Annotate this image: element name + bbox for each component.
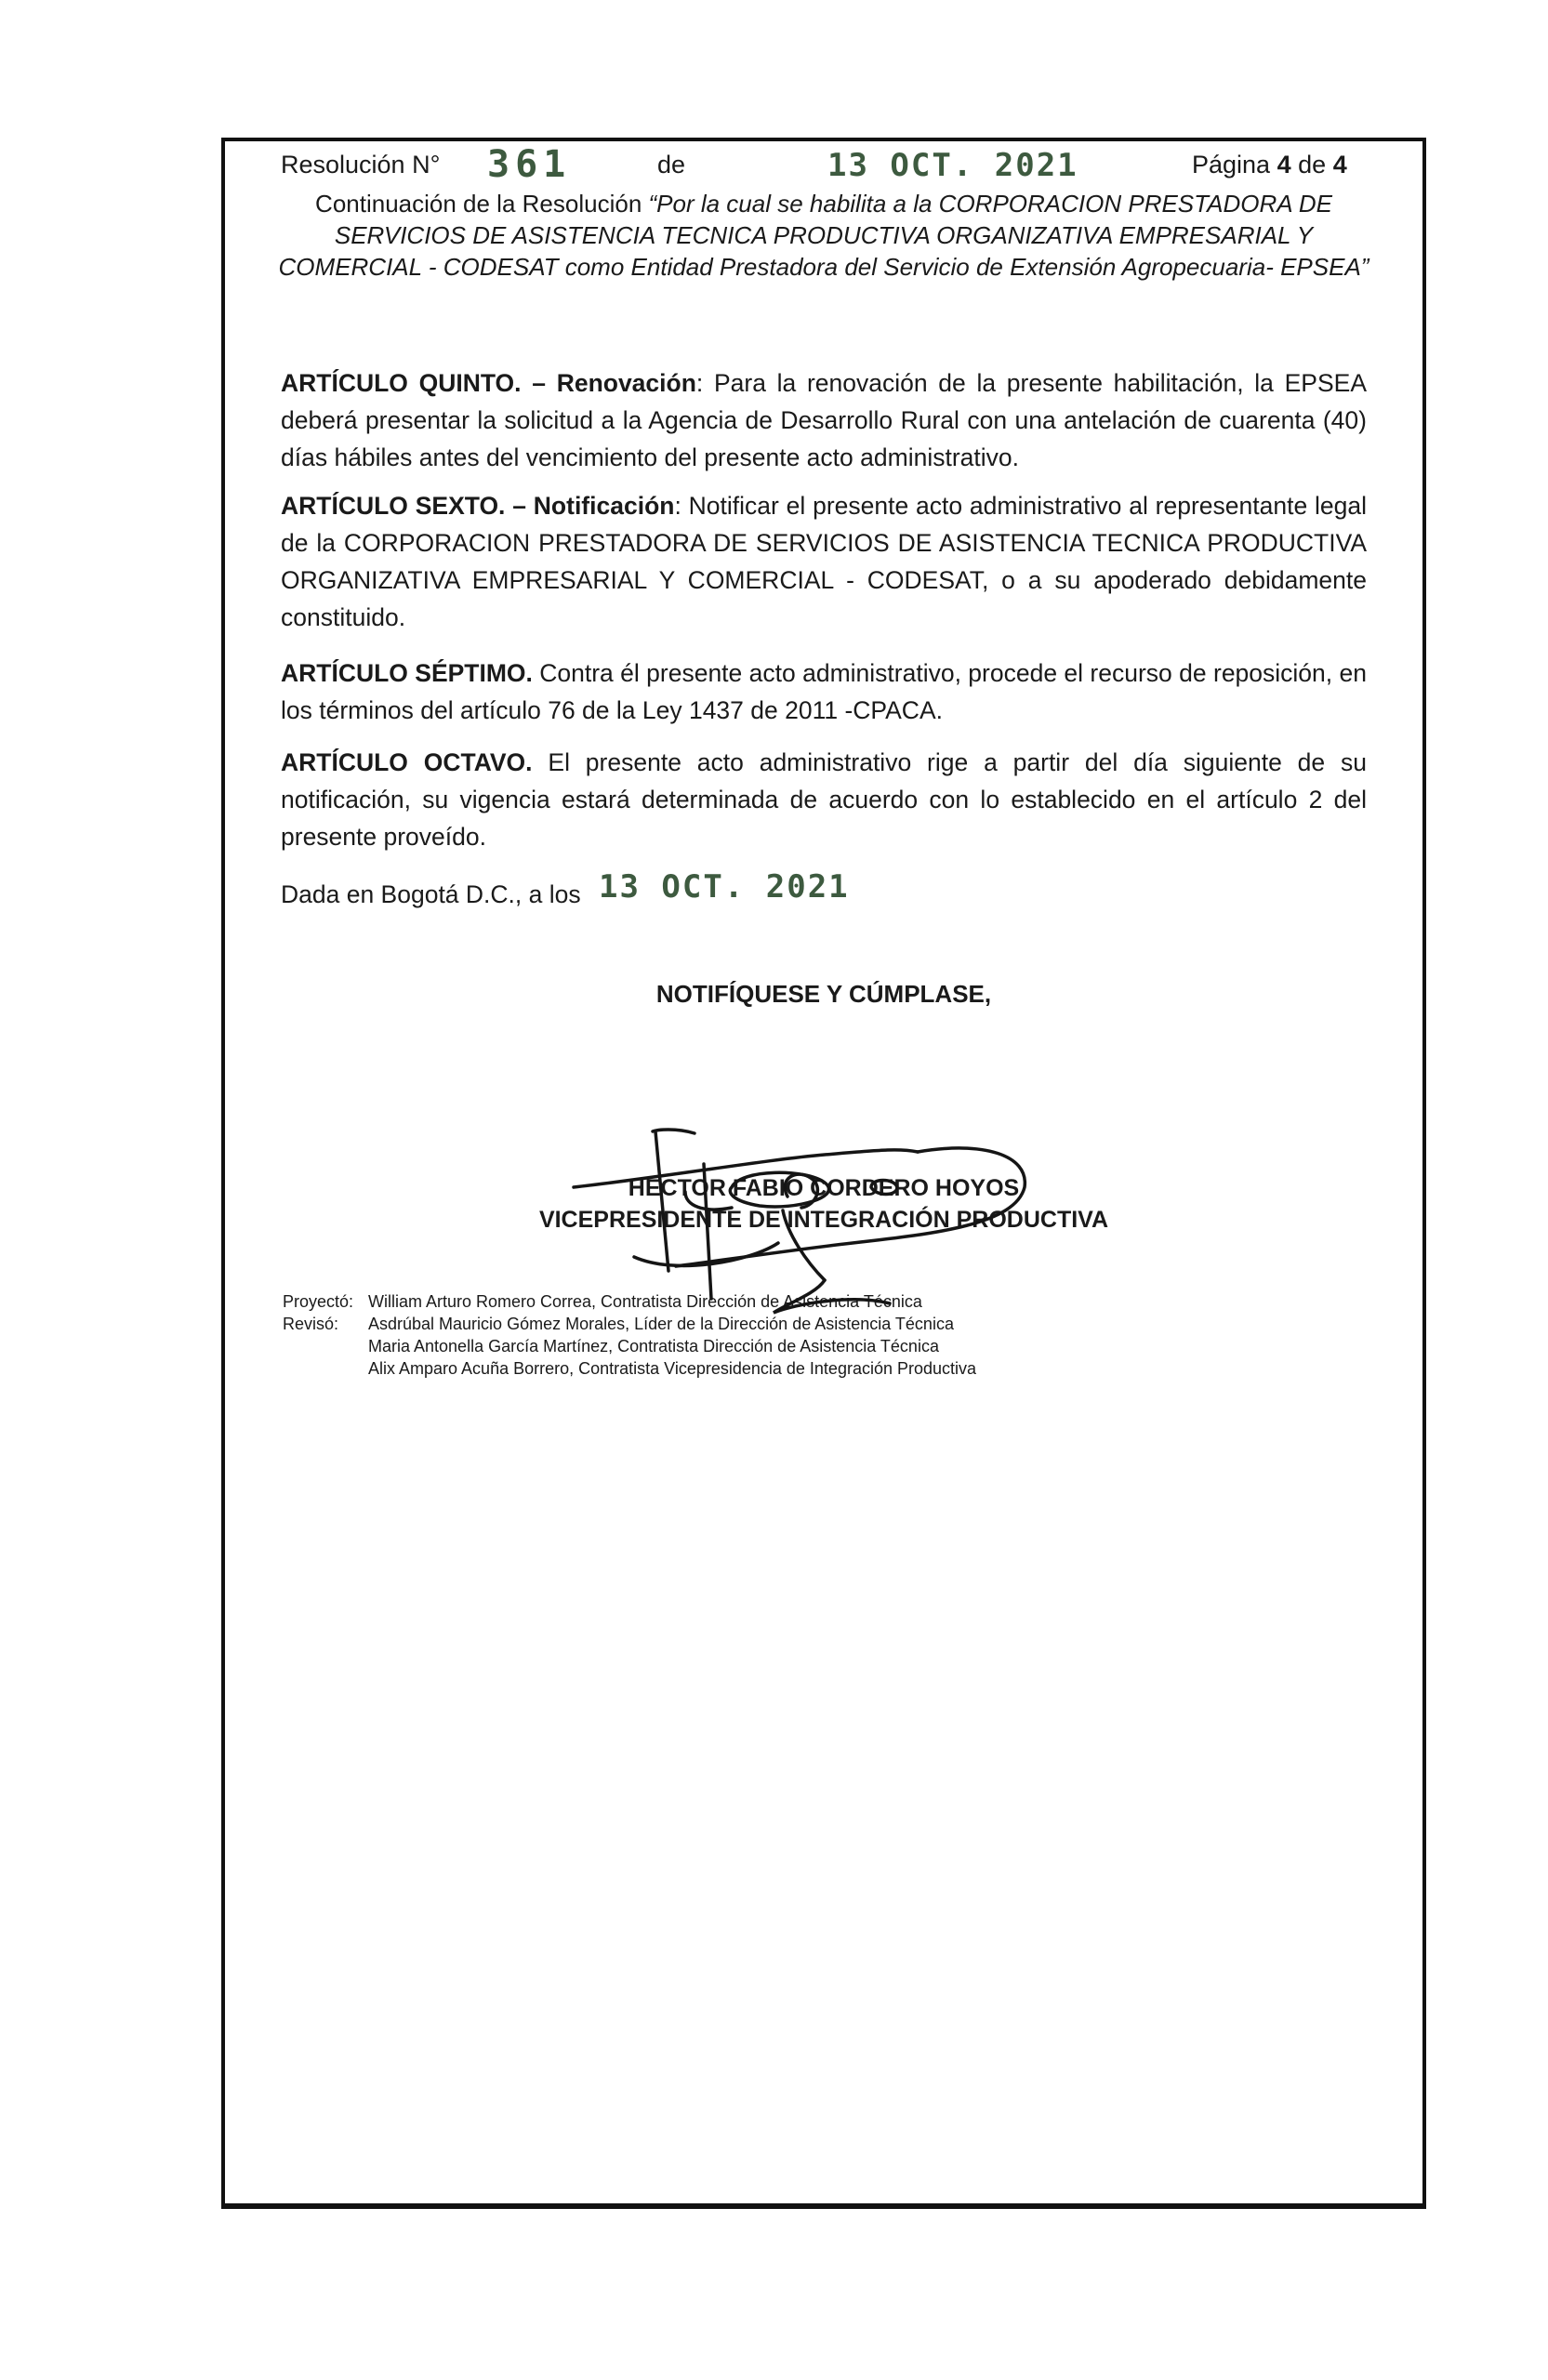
page-label: Página: [1192, 151, 1270, 178]
given-in-text: Dada en Bogotá D.C., a los: [281, 880, 581, 908]
de-label: de: [657, 151, 685, 179]
article-subheading: Renovación: [557, 369, 696, 397]
credit-row: Maria Antonella García Martínez, Contrat…: [283, 1335, 976, 1357]
subtitle-prefix: Continuación de la Resolución: [315, 190, 648, 218]
page-total: 4: [1333, 151, 1347, 178]
page-indicator: Página 4 de 4: [1192, 151, 1347, 179]
article-heading: ARTÍCULO QUINTO. –: [281, 369, 557, 397]
date-stamp-header: 13 OCT. 2021: [827, 147, 1078, 184]
handwritten-signature: [546, 1104, 1066, 1327]
article-subheading: Notificación: [534, 492, 675, 520]
resolution-subtitle: Continuación de la Resolución “Por la cu…: [262, 188, 1385, 283]
credit-row: Alix Amparo Acuña Borrero, Contratista V…: [283, 1357, 976, 1380]
resolution-number-stamp: 361: [487, 143, 571, 186]
article-quinto: ARTÍCULO QUINTO. – Renovación: Para la r…: [281, 364, 1367, 476]
article-heading: ARTÍCULO SEXTO. –: [281, 492, 534, 520]
article-octavo: ARTÍCULO OCTAVO. El presente acto admini…: [281, 744, 1367, 855]
page-of: de: [1298, 151, 1326, 178]
article-heading: ARTÍCULO SÉPTIMO.: [281, 659, 533, 687]
date-stamp-closing: 13 OCT. 2021: [599, 868, 850, 906]
article-sexto: ARTÍCULO SEXTO. – Notificación: Notifica…: [281, 487, 1367, 636]
page-current: 4: [1277, 151, 1291, 178]
document-frame: Resolución N° 361 de 13 OCT. 2021 Página…: [221, 138, 1426, 2209]
notify-heading: NOTIFÍQUESE Y CÚMPLASE,: [225, 980, 1422, 1009]
article-septimo: ARTÍCULO SÉPTIMO. Contra él presente act…: [281, 654, 1367, 729]
article-heading: ARTÍCULO OCTAVO.: [281, 748, 533, 776]
resolution-label: Resolución N°: [281, 151, 440, 179]
